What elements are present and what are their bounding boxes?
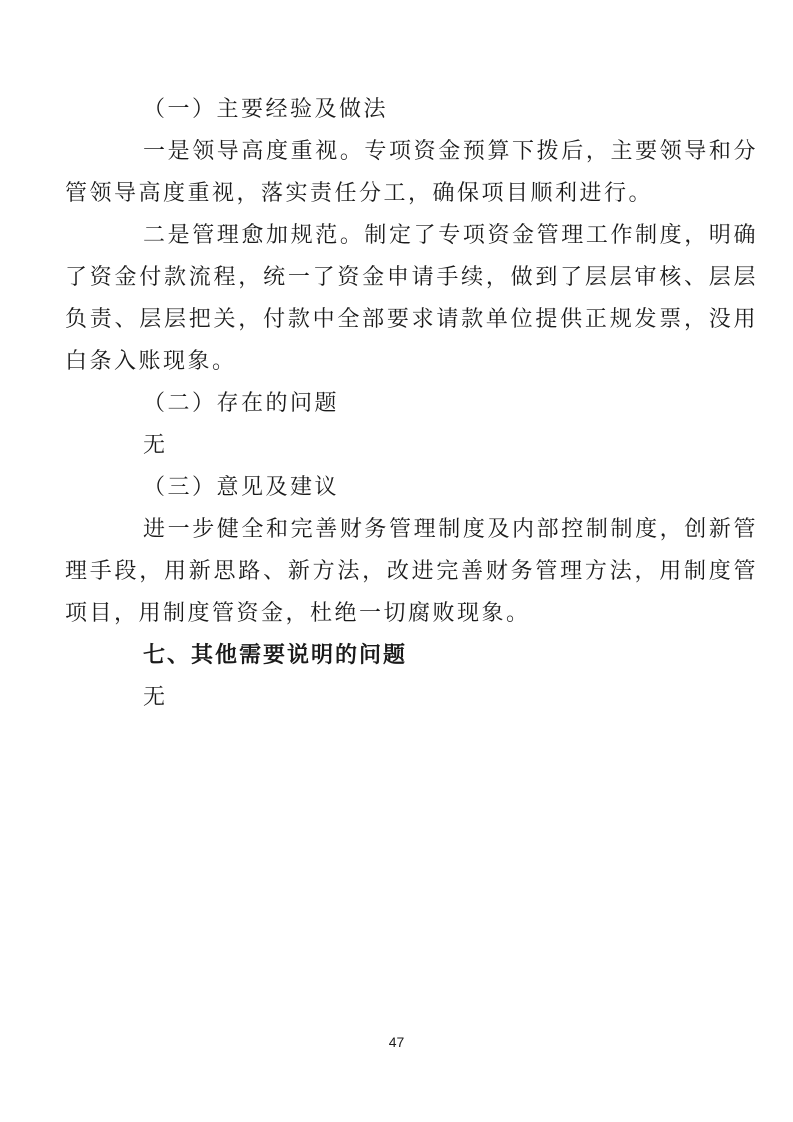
document-page: （一）主要经验及做法 一是领导高度重视。专项资金预算下拨后，主要领导和分管领导高…	[0, 0, 793, 1122]
subheading-main-experience: （一）主要经验及做法	[65, 88, 758, 130]
paragraph-leadership-attention: 一是领导高度重视。专项资金预算下拨后，主要领导和分管领导高度重视，落实责任分工，…	[65, 130, 758, 214]
page-number: 47	[0, 1033, 793, 1051]
document-body: （一）主要经验及做法 一是领导高度重视。专项资金预算下拨后，主要领导和分管领导高…	[65, 88, 758, 718]
paragraph-improve-financial-management: 进一步健全和完善财务管理制度及内部控制制度，创新管理手段，用新思路、新方法，改进…	[65, 508, 758, 634]
subheading-opinions-suggestions: （三）意见及建议	[65, 466, 758, 508]
subheading-existing-problems: （二）存在的问题	[65, 382, 758, 424]
heading-other-issues: 七、其他需要说明的问题	[65, 634, 758, 676]
paragraph-none-problems: 无	[65, 424, 758, 466]
paragraph-management-standardized: 二是管理愈加规范。制定了专项资金管理工作制度，明确了资金付款流程，统一了资金申请…	[65, 214, 758, 382]
paragraph-none-other-issues: 无	[65, 676, 758, 718]
